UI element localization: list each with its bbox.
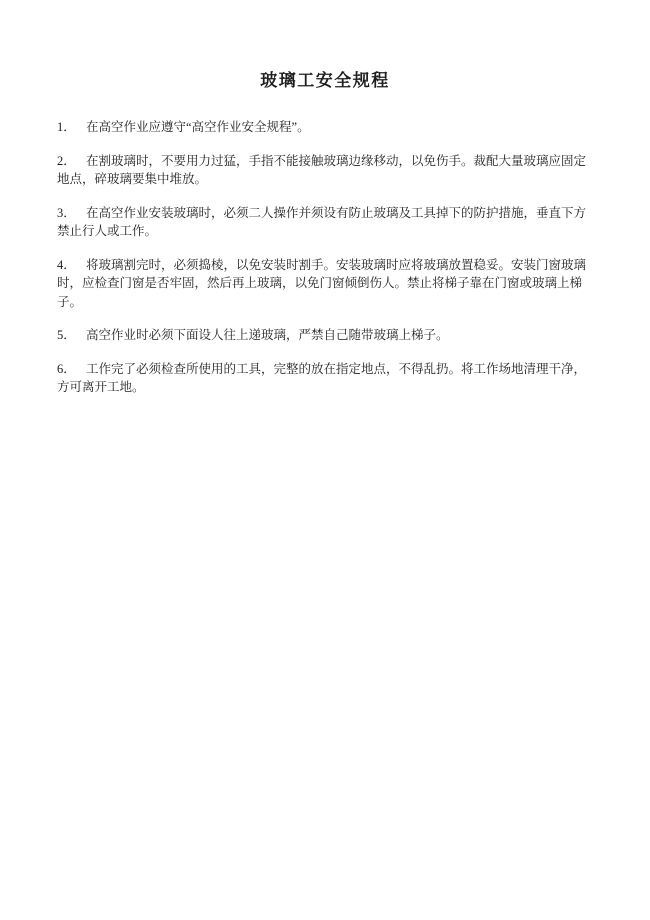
item-number: 1． bbox=[57, 118, 86, 137]
item-text: 在高空作业应遵守“高空作业安全规程”。 bbox=[86, 120, 310, 134]
item-number: 2． bbox=[57, 152, 86, 171]
safety-rule-item-6: 6．工作完了必须检查所使用的工具，完整的放在指定地点，不得乱扔。将工作场地清理干… bbox=[57, 360, 593, 397]
item-number: 4． bbox=[57, 256, 86, 275]
item-number: 6． bbox=[57, 360, 86, 379]
safety-rule-item-5: 5．高空作业时必须下面设人往上递玻璃，严禁自己随带玻璃上梯子。 bbox=[57, 326, 593, 345]
document-page: 玻璃工安全规程 1．在高空作业应遵守“高空作业安全规程”。 2．在割玻璃时，不要… bbox=[0, 0, 650, 920]
document-title: 玻璃工安全规程 bbox=[57, 70, 593, 92]
item-text: 在高空作业安装玻璃时，必须二人操作并须设有防止玻璃及工具掉下的防护措施，垂直下方… bbox=[57, 206, 586, 239]
safety-rule-item-4: 4．将玻璃割完时，必须捣棱，以免安装时割手。安装玻璃时应将玻璃放置稳妥。安装门窗… bbox=[57, 256, 593, 312]
item-text: 在割玻璃时，不要用力过猛，手指不能接触玻璃边缘移动，以免伤手。裁配大量玻璃应固定… bbox=[57, 154, 586, 187]
item-text: 将玻璃割完时，必须捣棱，以免安装时割手。安装玻璃时应将玻璃放置稳妥。安装门窗玻璃… bbox=[57, 258, 586, 309]
item-text: 工作完了必须检查所使用的工具，完整的放在指定地点，不得乱扔。将工作场地清理干净，… bbox=[57, 362, 586, 395]
item-number: 5． bbox=[57, 326, 86, 345]
safety-rule-item-1: 1．在高空作业应遵守“高空作业安全规程”。 bbox=[57, 118, 593, 137]
item-text: 高空作业时必须下面设人往上递玻璃，严禁自己随带玻璃上梯子。 bbox=[86, 328, 449, 342]
safety-rule-item-3: 3．在高空作业安装玻璃时，必须二人操作并须设有防止玻璃及工具掉下的防护措施，垂直… bbox=[57, 204, 593, 241]
item-number: 3． bbox=[57, 204, 86, 223]
safety-rule-item-2: 2．在割玻璃时，不要用力过猛，手指不能接触玻璃边缘移动，以免伤手。裁配大量玻璃应… bbox=[57, 152, 593, 189]
